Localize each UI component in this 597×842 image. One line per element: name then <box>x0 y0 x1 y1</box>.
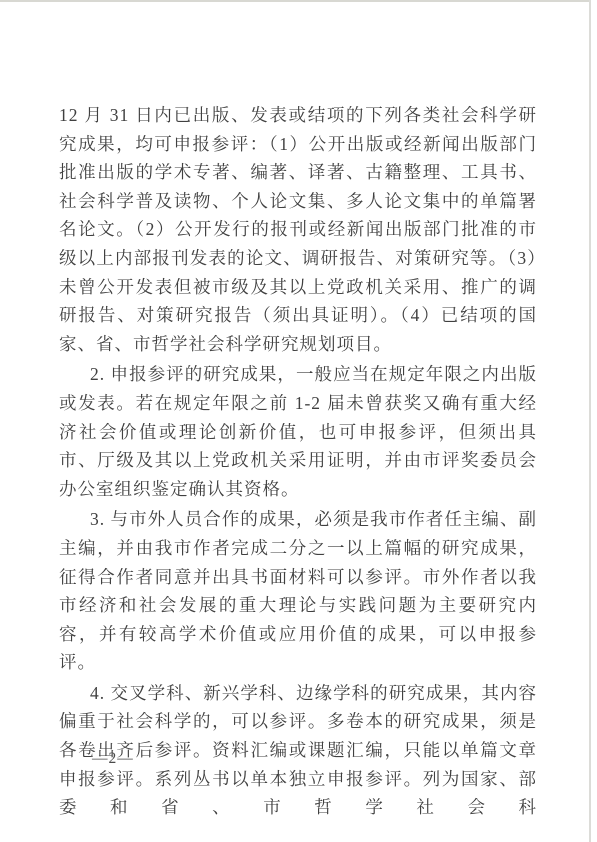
document-body: 12 月 31 日内已出版、发表或结项的下列各类社会科学研究成果，均可申报参评：… <box>59 101 537 824</box>
body-paragraph: 3. 与市外人员合作的成果，必须是我市作者任主编、副主编，并由我市作者完成二分之… <box>59 505 537 677</box>
scan-edge-top <box>0 0 591 2</box>
document-page: 12 月 31 日内已出版、发表或结项的下列各类社会科学研究成果，均可申报参评：… <box>0 0 597 842</box>
scan-edge-right <box>589 0 591 842</box>
body-paragraph: 2. 申报参评的研究成果，一般应当在规定年限之内出版或发表。若在规定年限之前 1… <box>59 360 537 503</box>
page-number: —2— <box>92 750 134 768</box>
body-paragraph: 12 月 31 日内已出版、发表或结项的下列各类社会科学研究成果，均可申报参评：… <box>59 101 537 358</box>
